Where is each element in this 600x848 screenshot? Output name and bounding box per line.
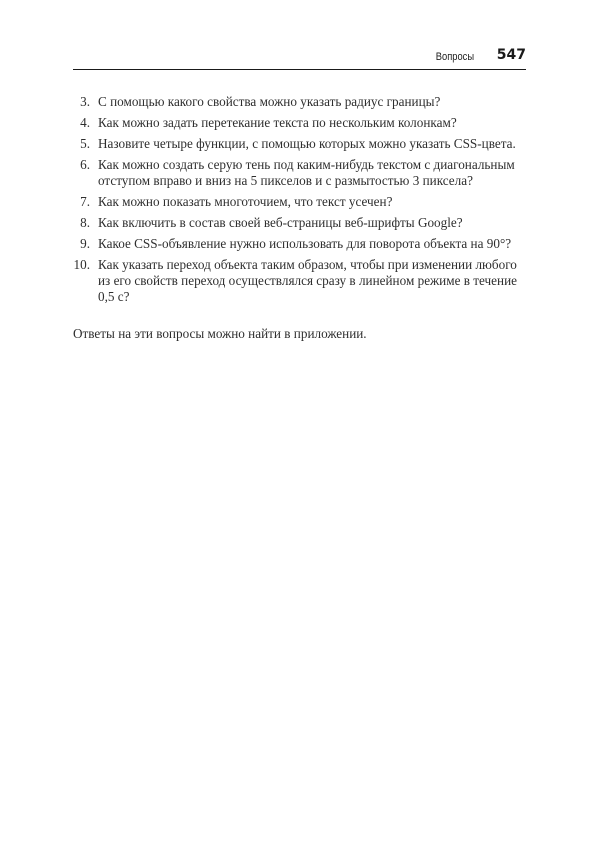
question-item: 6. Как можно создать серую тень под каки… (73, 157, 528, 189)
page-number: 547 (497, 47, 526, 63)
question-number: 5. (73, 136, 90, 152)
question-text: Как включить в состав своей веб-страницы… (98, 215, 528, 231)
question-number: 7. (73, 194, 90, 210)
question-text: Какое CSS-объявление нужно использовать … (98, 236, 528, 252)
section-name: Вопросы (436, 51, 474, 63)
question-number: 9. (73, 236, 90, 252)
question-item: 8. Как включить в состав своей веб-стран… (73, 215, 528, 231)
question-item: 10. Как указать переход объекта таким об… (73, 257, 528, 305)
question-text: Как указать переход объекта таким образо… (98, 257, 528, 305)
question-number: 8. (73, 215, 90, 231)
question-item: 5. Назовите четыре функции, с помощью ко… (73, 136, 528, 152)
question-text: С помощью какого свойства можно указать … (98, 94, 528, 110)
question-text: Как можно создать серую тень под каким-н… (98, 157, 528, 189)
question-number: 6. (73, 157, 90, 173)
answers-note: Ответы на эти вопросы можно найти в прил… (73, 326, 367, 342)
question-text: Как можно показать многоточием, что текс… (98, 194, 528, 210)
question-item: 9. Какое CSS-объявление нужно использова… (73, 236, 528, 252)
question-number: 10. (73, 257, 90, 273)
question-text: Как можно задать перетекание текста по н… (98, 115, 528, 131)
question-text: Назовите четыре функции, с помощью котор… (98, 136, 528, 152)
questions-list: 3. С помощью какого свойства можно указа… (73, 94, 528, 310)
running-head: Вопросы 547 (73, 46, 526, 70)
question-number: 3. (73, 94, 90, 110)
question-item: 7. Как можно показать многоточием, что т… (73, 194, 528, 210)
question-number: 4. (73, 115, 90, 131)
question-item: 4. Как можно задать перетекание текста п… (73, 115, 528, 131)
question-item: 3. С помощью какого свойства можно указа… (73, 94, 528, 110)
